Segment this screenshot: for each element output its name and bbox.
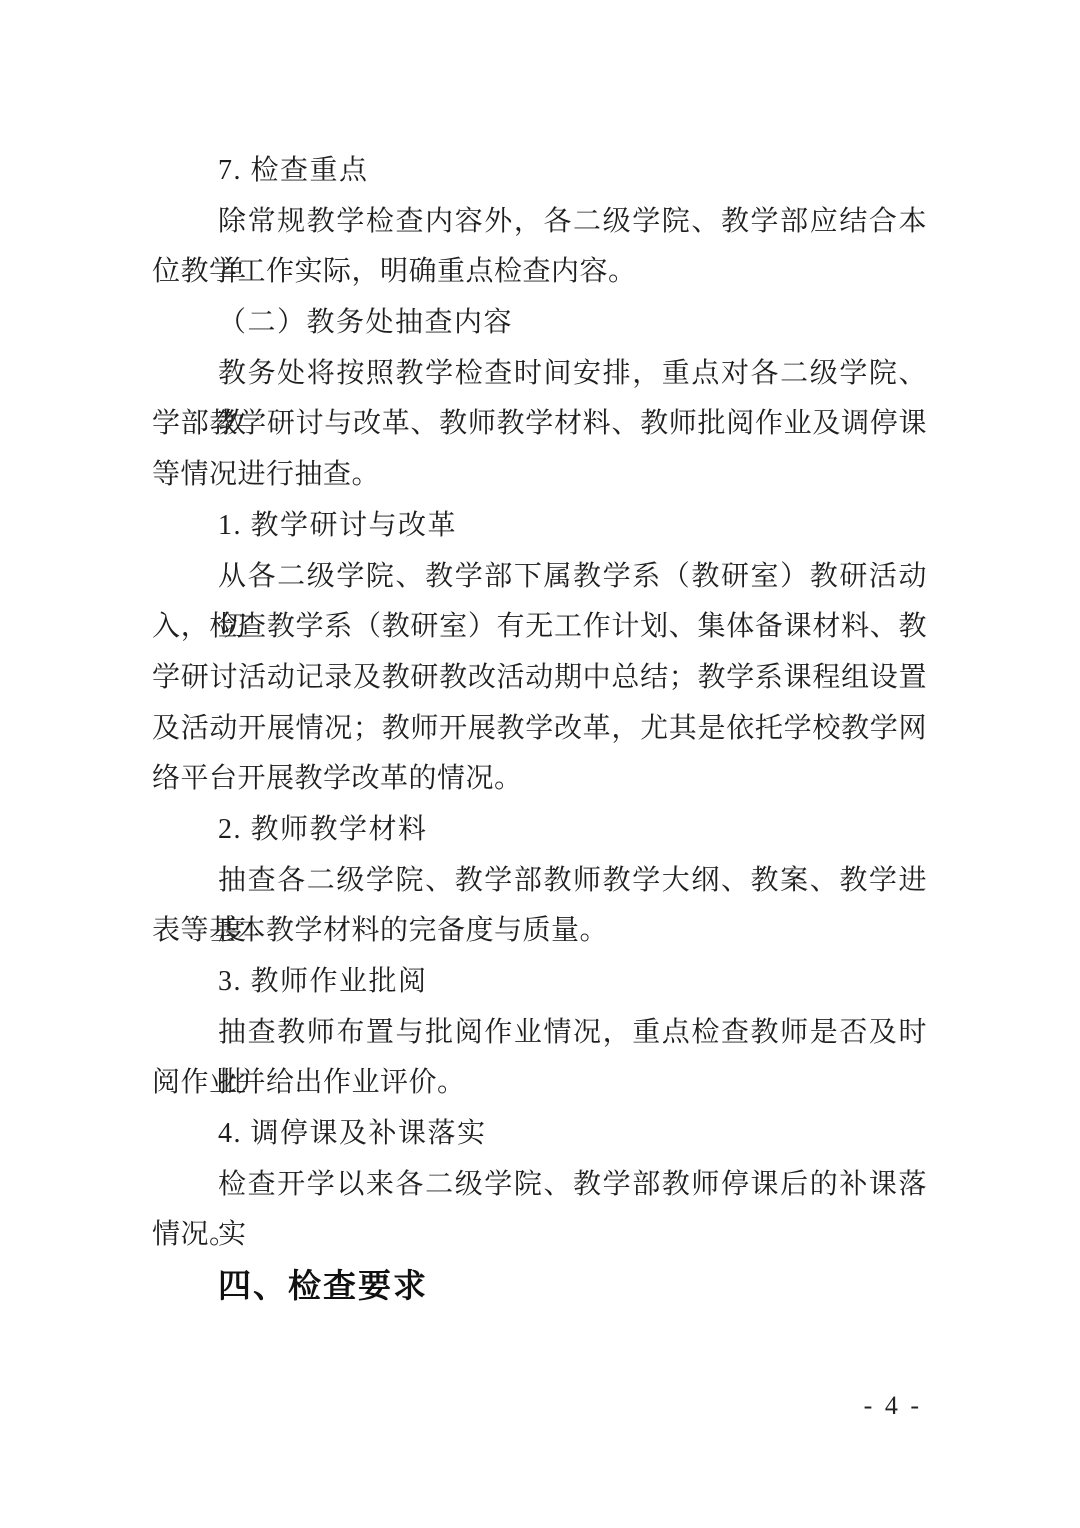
- text-line: 络平台开展教学改革的情况。: [152, 754, 927, 805]
- text-line: 2. 教师教学材料: [152, 805, 927, 856]
- document-page: 7. 检查重点除常规教学检查内容外，各二级学院、教学部应结合本单位教学工作实际，…: [0, 0, 1080, 1528]
- text-line: 从各二级学院、教学部下属教学系（教研室）教研活动切: [152, 552, 927, 603]
- text-line: 学研讨活动记录及教研教改活动期中总结；教学系课程组设置: [152, 653, 927, 704]
- text-line: 等情况进行抽查。: [152, 450, 927, 501]
- text-line: 及活动开展情况；教师开展教学改革，尤其是依托学校教学网: [152, 704, 927, 755]
- text-line: 学部教学研讨与改革、教师教学材料、教师批阅作业及调停课: [152, 399, 927, 450]
- page-footer: - 4 -: [864, 1388, 922, 1424]
- text-line: 4. 调停课及补课落实: [152, 1109, 927, 1160]
- document-body: 7. 检查重点除常规教学检查内容外，各二级学院、教学部应结合本单位教学工作实际，…: [152, 146, 927, 1312]
- text-line: 检查开学以来各二级学院、教学部教师停课后的补课落实: [152, 1160, 927, 1211]
- text-line: 抽查教师布置与批阅作业情况，重点检查教师是否及时批: [152, 1008, 927, 1059]
- text-line: 四、检查要求: [152, 1261, 927, 1312]
- text-line: 表等基本教学材料的完备度与质量。: [152, 906, 927, 957]
- page-number: - 4 -: [864, 1391, 922, 1420]
- text-line: 入，检查教学系（教研室）有无工作计划、集体备课材料、教: [152, 602, 927, 653]
- text-line: 3. 教师作业批阅: [152, 957, 927, 1008]
- text-line: 情况。: [152, 1210, 927, 1261]
- text-line: 除常规教学检查内容外，各二级学院、教学部应结合本单: [152, 197, 927, 248]
- text-line: 教务处将按照教学检查时间安排，重点对各二级学院、教: [152, 349, 927, 400]
- text-line: 位教学工作实际，明确重点检查内容。: [152, 247, 927, 298]
- text-line: 1. 教学研讨与改革: [152, 501, 927, 552]
- text-line: 抽查各二级学院、教学部教师教学大纲、教案、教学进度: [152, 856, 927, 907]
- text-line: （二）教务处抽查内容: [152, 298, 927, 349]
- text-line: 7. 检查重点: [152, 146, 927, 197]
- text-line: 阅作业并给出作业评价。: [152, 1058, 927, 1109]
